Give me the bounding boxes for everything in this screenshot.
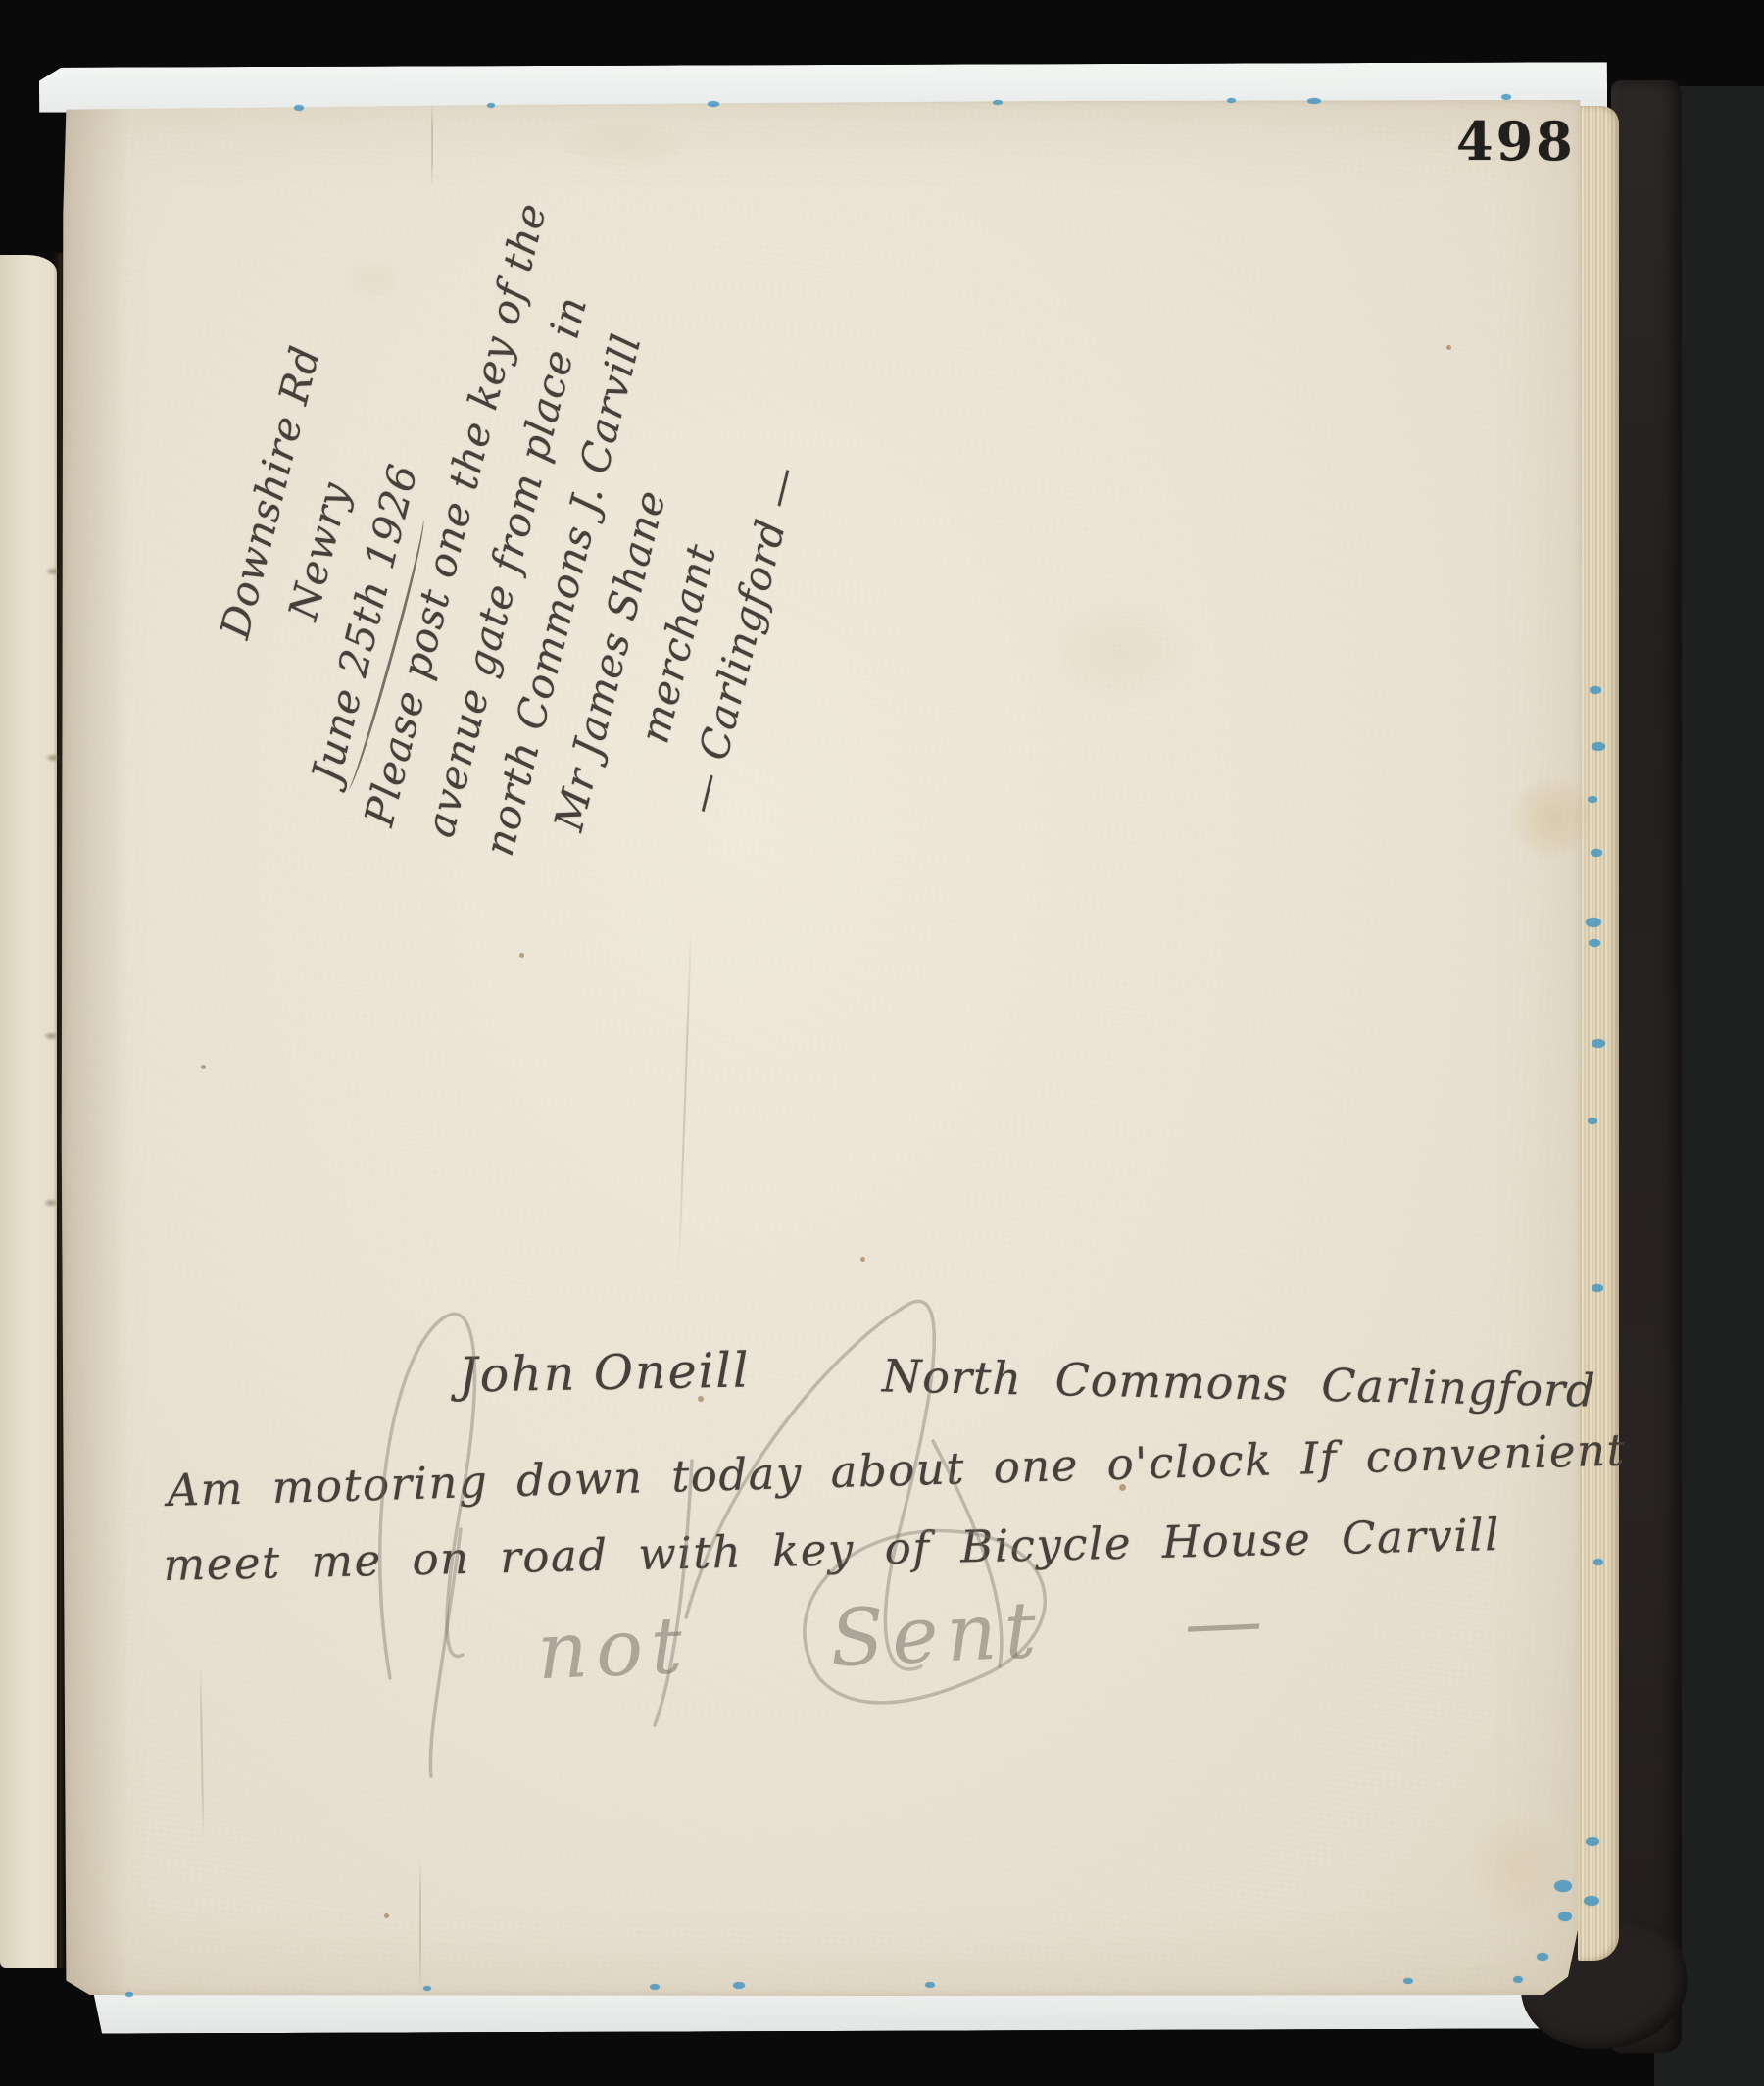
- page-content: 498 Downshire Rd Newry June 25th 1926 Pl…: [0, 0, 1764, 2086]
- pencil-scrawl: [0, 0, 1764, 2086]
- book-scan: 498 Downshire Rd Newry June 25th 1926 Pl…: [0, 0, 1764, 2086]
